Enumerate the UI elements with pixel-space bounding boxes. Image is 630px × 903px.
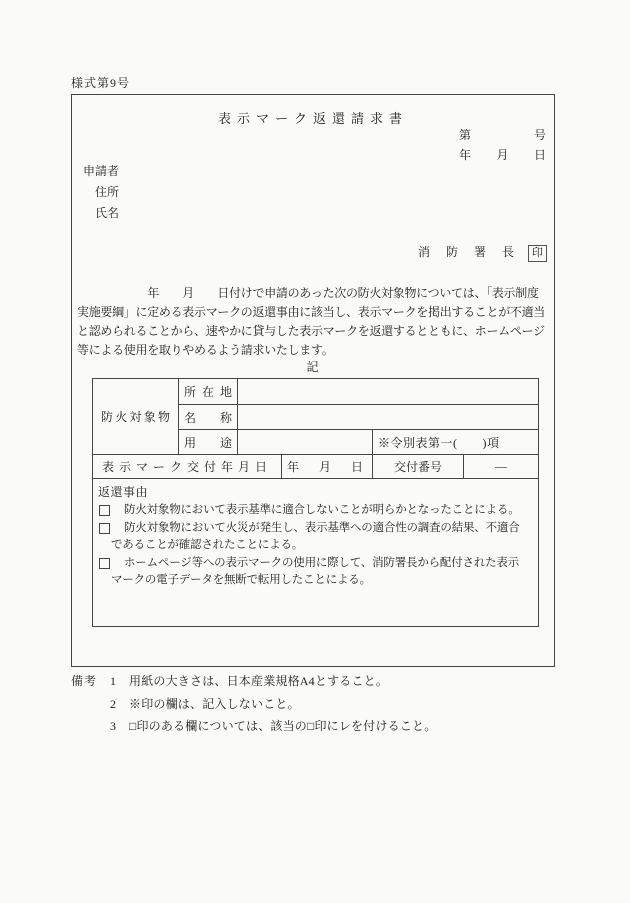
name-label: 名称 xyxy=(179,405,238,430)
form-number: 様式第9号 xyxy=(71,74,130,91)
notes-section: 備考 1用紙の大きさは、日本産業規格A4とすること。 2※印の欄は、記入しないこ… xyxy=(71,670,436,738)
note-text-2: ※印の欄は、記入しないこと。 xyxy=(129,697,300,711)
reason-item-3: ホームページ等への表示マークの使用に際して、消防署長から配付された表示マークの電… xyxy=(98,555,530,589)
note-text-3: □印のある欄については、該当の□印にレを付けること。 xyxy=(129,719,436,733)
note-row-3: 3□印のある欄については、該当の□印にレを付けること。 xyxy=(110,715,436,738)
issue-date-field[interactable]: 年 月 日 xyxy=(282,455,373,479)
checkbox-reason-3[interactable] xyxy=(99,558,110,569)
issue-date-label: 表示マーク交付年月日 xyxy=(93,455,282,479)
date-line: 年 月 日 xyxy=(459,146,547,163)
fire-object-label: 防火対象物 xyxy=(93,379,179,455)
document-page: 様式第9号 表示マーク返還請求書 第 号 年 月 日 申請者 住所 氏名 消 防… xyxy=(0,0,630,903)
doc-number-prefix: 第 xyxy=(459,126,472,143)
checkbox-reason-1[interactable] xyxy=(99,505,110,516)
note-number-1: 1 xyxy=(110,670,129,693)
body-line-3: と認められることから、速やかに貸与した表示マークを返還するとともに、ホームページ xyxy=(77,322,553,341)
fire-object-table: 防火対象物 所在地 名称 用途 ※令別表第一( )項 表示マーク交付年月日 年 … xyxy=(92,378,539,627)
reason-text-3: ホームページ等への表示マークの使用に際して、消防署長から配付された表示マークの電… xyxy=(111,557,519,586)
checkbox-reason-2[interactable] xyxy=(99,523,110,534)
notes-label: 備考 xyxy=(71,670,110,738)
body-line-1: 年 月 日付けで申請のあった次の防火対象物については、「表示制度 xyxy=(77,284,553,303)
issue-number-label: 交付番号 xyxy=(373,455,464,479)
issue-number-value: ― xyxy=(464,455,539,479)
name-field[interactable] xyxy=(238,405,539,430)
reason-item-1: 防火対象物において表示基準に適合しないことが明らかとなったことによる。 xyxy=(98,502,530,519)
seal-mark: 印 xyxy=(528,245,547,262)
use-field[interactable] xyxy=(238,430,373,455)
applicant-block: 申請者 住所 氏名 xyxy=(83,161,119,224)
note-text-1: 用紙の大きさは、日本産業規格A4とすること。 xyxy=(129,674,388,688)
reason-item-2: 防火対象物において火災が発生し、表示基準への適合性の調査の結果、不適合であること… xyxy=(98,520,530,554)
form-sheet: 表示マーク返還請求書 第 号 年 月 日 申請者 住所 氏名 消 防 署 長印 … xyxy=(71,94,555,667)
date-month-label: 月 xyxy=(496,146,509,163)
document-number-line: 第 号 xyxy=(459,126,547,143)
document-title: 表示マーク返還請求書 xyxy=(72,108,554,127)
location-field[interactable] xyxy=(238,379,539,405)
note-row-2: 2※印の欄は、記入しないこと。 xyxy=(110,693,436,716)
note-row-1: 1用紙の大きさは、日本産業規格A4とすること。 xyxy=(110,670,436,693)
use-annotation: ※令別表第一( )項 xyxy=(373,430,539,455)
addressee-line: 消 防 署 長印 xyxy=(418,243,547,262)
ki-marker: 記 xyxy=(72,358,554,375)
applicant-name-label: 氏名 xyxy=(95,203,119,224)
date-day-label: 日 xyxy=(534,146,547,163)
date-year-label: 年 xyxy=(459,146,472,163)
use-label: 用途 xyxy=(179,430,238,455)
return-reasons-cell: 返還事由 防火対象物において表示基準に適合しないことが明らかとなったことによる。… xyxy=(93,479,539,627)
note-number-3: 3 xyxy=(110,715,129,738)
reason-text-1: 防火対象物において表示基準に適合しないことが明らかとなったことによる。 xyxy=(124,504,520,516)
doc-number-suffix: 号 xyxy=(534,126,547,143)
notes-list: 1用紙の大きさは、日本産業規格A4とすること。 2※印の欄は、記入しないこと。 … xyxy=(110,670,436,738)
location-label: 所在地 xyxy=(179,379,238,405)
return-reasons-label: 返還事由 xyxy=(98,484,530,501)
note-number-2: 2 xyxy=(110,693,129,716)
applicant-address-label: 住所 xyxy=(95,182,119,203)
body-line-2: 実施要綱」に定める表示マークの返還事由に該当し、表示マークを掲出することが不適当 xyxy=(77,303,553,322)
reason-text-2: 防火対象物において火災が発生し、表示基準への適合性の調査の結果、不適合であること… xyxy=(111,522,520,551)
applicant-label: 申請者 xyxy=(83,161,119,182)
body-paragraph: 年 月 日付けで申請のあった次の防火対象物については、「表示制度 実施要綱」に定… xyxy=(77,284,553,360)
fire-chief-title: 消 防 署 長 xyxy=(418,245,516,259)
